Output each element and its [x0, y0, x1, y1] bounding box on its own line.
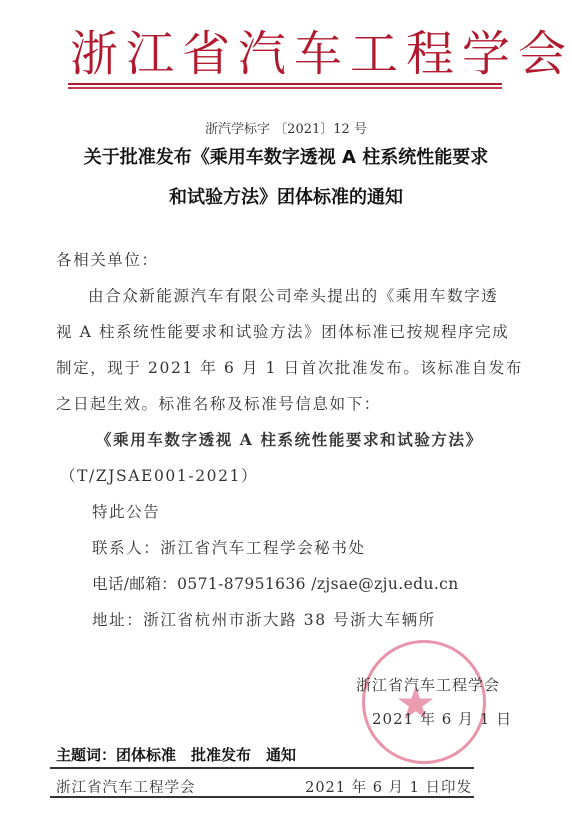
footer-divider-top — [50, 767, 474, 769]
standard-code: （T/ZJSAE001-2021） — [60, 464, 258, 486]
body-line: 之日起生效。标准名称及标准号信息如下： — [56, 392, 381, 414]
footer-issuer: 浙江省汽车工程学会 — [56, 776, 196, 797]
masthead-divider-thin — [68, 87, 502, 89]
salutation: 各相关单位： — [56, 248, 159, 270]
footer-divider-bottom — [50, 796, 474, 798]
address: 地址：浙江省杭州市浙大路 38 号浙大车辆所 — [92, 608, 436, 630]
contact-phone-email: 电话/邮箱：0571-87951636 /zjsae@zju.edu.cn — [92, 572, 459, 594]
document-title-line-2: 和试验方法》团体标准的通知 — [0, 183, 572, 209]
masthead-divider-thick — [68, 83, 502, 85]
masthead-org-name: 浙江省汽车工程学会 — [70, 26, 502, 82]
keywords: 主题词：团体标准 批准发布 通知 — [56, 744, 296, 765]
footer-issue-date: 2021 年 6 月 1 日印发 — [305, 776, 472, 797]
document-number: 浙汽学标字 〔2021〕12 号 — [0, 118, 572, 137]
body-line: 视 A 柱系统性能要求和试验方法》团体标准已按规程序完成 — [56, 320, 509, 342]
contact-person: 联系人：浙江省汽车工程学会秘书处 — [92, 536, 366, 558]
signature-date: 2021 年 6 月 1 日 — [372, 708, 512, 729]
signature-org: 浙江省汽车工程学会 — [356, 674, 500, 695]
body-line: 制定，现于 2021 年 6 月 1 日首次批准发布。该标准自发布 — [56, 356, 523, 378]
document-title-line-1: 关于批准发布《乘用车数字透视 A 柱系统性能要求 — [0, 143, 572, 169]
standard-name: 《乘用车数字透视 A 柱系统性能要求和试验方法》 — [96, 428, 483, 450]
announcement: 特此公告 — [92, 500, 160, 522]
body-line: 由合众新能源汽车有限公司牵头提出的《乘用车数字透 — [88, 284, 498, 306]
